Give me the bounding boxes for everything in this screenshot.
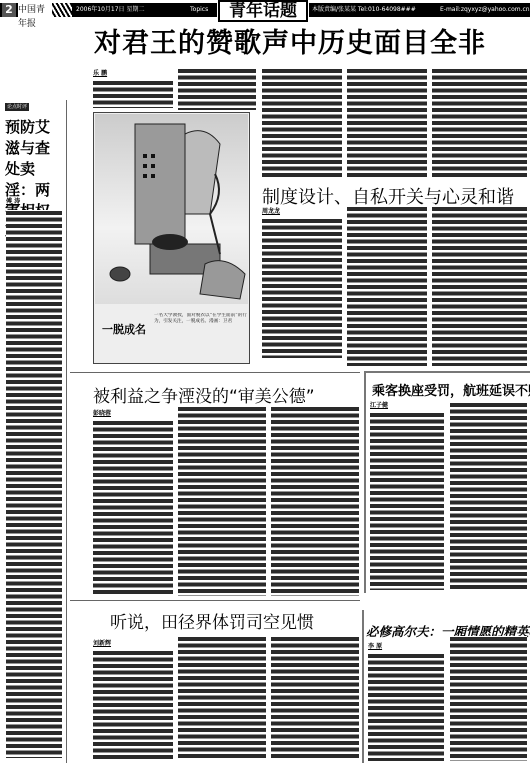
article-headline-4: 听说，田径界体罚司空见惯 [110, 608, 314, 633]
column-tag: 论点时评 [5, 103, 29, 111]
article-byline-3: 江子健 [370, 402, 388, 410]
main-body-col3 [262, 68, 342, 178]
left-byline: 傅 涛 [6, 198, 20, 206]
article-2-col2 [178, 406, 266, 596]
article-2-col1 [93, 420, 173, 595]
column-divider [66, 100, 67, 763]
article-byline-5: 李 原 [368, 643, 382, 651]
cartoon-caption: 一名大学教授，面对脱衣以“在学生面前”的行为，引发关注，一脱成名。漫画：卫君 [154, 313, 247, 345]
article-1-col1 [262, 218, 342, 358]
hatch-decoration [52, 3, 72, 17]
main-body-col5 [432, 68, 527, 178]
section-divider-2 [70, 600, 360, 601]
article-headline-3: 乘客换座受罚，航班延误不赔? [372, 380, 530, 399]
section-title: 青年话题 [218, 0, 308, 22]
main-headline: 对君王的赞歌声中历史面目全非 [60, 28, 520, 60]
article-3-col2 [450, 402, 527, 590]
left-body-text [6, 210, 62, 758]
paper-logo: 中国青年报 [18, 3, 52, 17]
article-4-col3 [271, 636, 359, 760]
main-body-col1a [93, 80, 173, 108]
article-5-col1 [368, 653, 444, 761]
cartoon-frame: 一脱成名 一名大学教授，面对脱衣以“在学生面前”的行为，引发关注，一脱成名。漫画… [93, 112, 250, 364]
section-divider [70, 372, 360, 373]
article-headline-2: 被利益之争湮没的“审美公德” [93, 382, 315, 407]
issue-date: 2006年10月17日 星期二 [76, 3, 144, 17]
cartoon-title: 一脱成名 [102, 321, 146, 337]
article-3-col1 [370, 412, 444, 590]
article-byline-2: 彭晓蓉 [93, 410, 111, 418]
article-4-col1 [93, 650, 173, 760]
article-4-col2 [178, 636, 266, 760]
section-en: Topics [190, 3, 208, 17]
main-body-col2 [178, 68, 256, 110]
editor-info: 本版责编/张某某 Tel:010-64098### [312, 3, 416, 17]
email: E-mail:zqyxyz@yahoo.com.cn [440, 3, 530, 17]
article-1-col2 [347, 206, 427, 366]
main-body-col4 [347, 68, 427, 178]
article-2-col3 [271, 406, 359, 596]
article-5-col2 [450, 636, 527, 761]
article-byline-4: 刘新辉 [93, 640, 111, 648]
main-byline: 乐 鹏 [93, 70, 107, 78]
article-byline-1: 周龙龙 [262, 208, 280, 216]
cartoon-illustration [95, 114, 248, 304]
page-number: 2 [2, 3, 16, 17]
article-1-col3 [432, 206, 527, 366]
